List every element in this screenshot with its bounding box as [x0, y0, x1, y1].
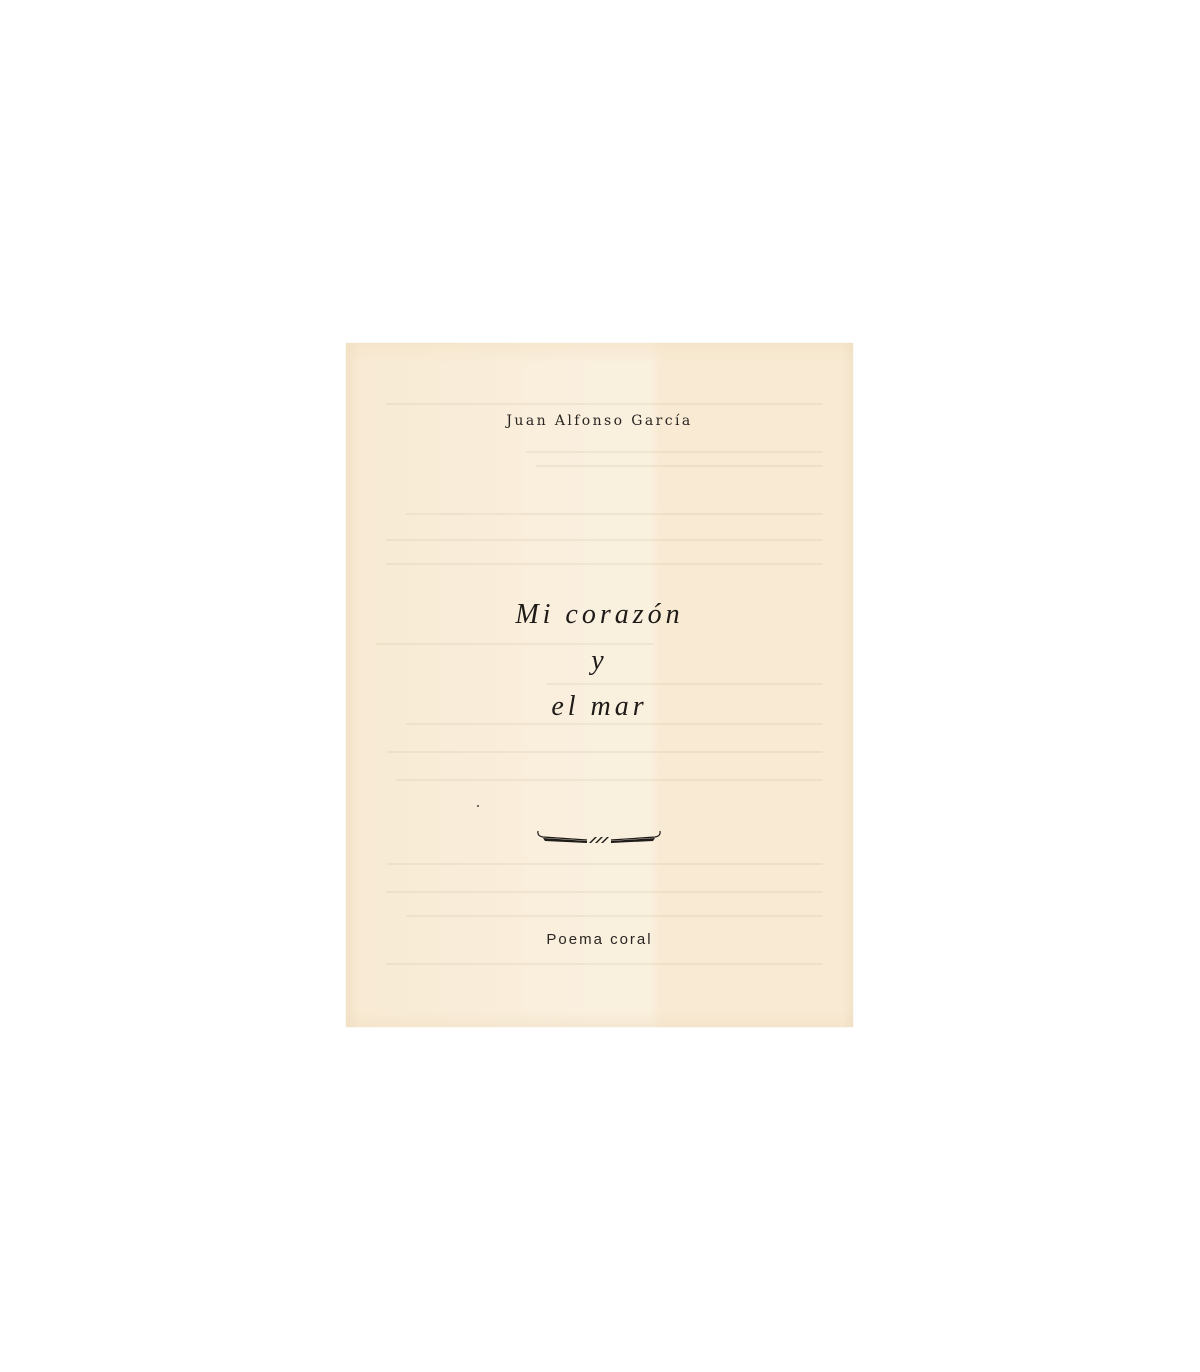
bleed-through-line	[386, 891, 823, 893]
bleed-through-line	[386, 563, 823, 565]
bleed-through-line	[526, 451, 823, 453]
bleed-through-line	[386, 751, 823, 753]
bleed-through-line	[406, 513, 823, 515]
bleed-through-line	[386, 403, 823, 405]
book-title-page: Juan Alfonso García Mi corazón y el mar …	[346, 343, 853, 1027]
title-line-1: Mi corazón	[346, 599, 853, 631]
bleed-through-line	[386, 963, 823, 965]
subtitle: Poema coral	[346, 931, 853, 948]
bleed-through-line	[406, 915, 823, 917]
ink-speck	[477, 805, 479, 807]
bleed-through-line	[536, 465, 823, 467]
author-name: Juan Alfonso García	[346, 413, 853, 429]
ornament-flourish-icon	[535, 827, 663, 847]
title-line-2: y	[346, 645, 853, 677]
bleed-through-line	[386, 539, 823, 541]
bleed-through-line	[406, 723, 823, 725]
bleed-through-line	[386, 863, 823, 865]
title-line-3: el mar	[346, 691, 853, 723]
bleed-through-line	[546, 683, 823, 685]
bleed-through-line	[396, 779, 823, 781]
